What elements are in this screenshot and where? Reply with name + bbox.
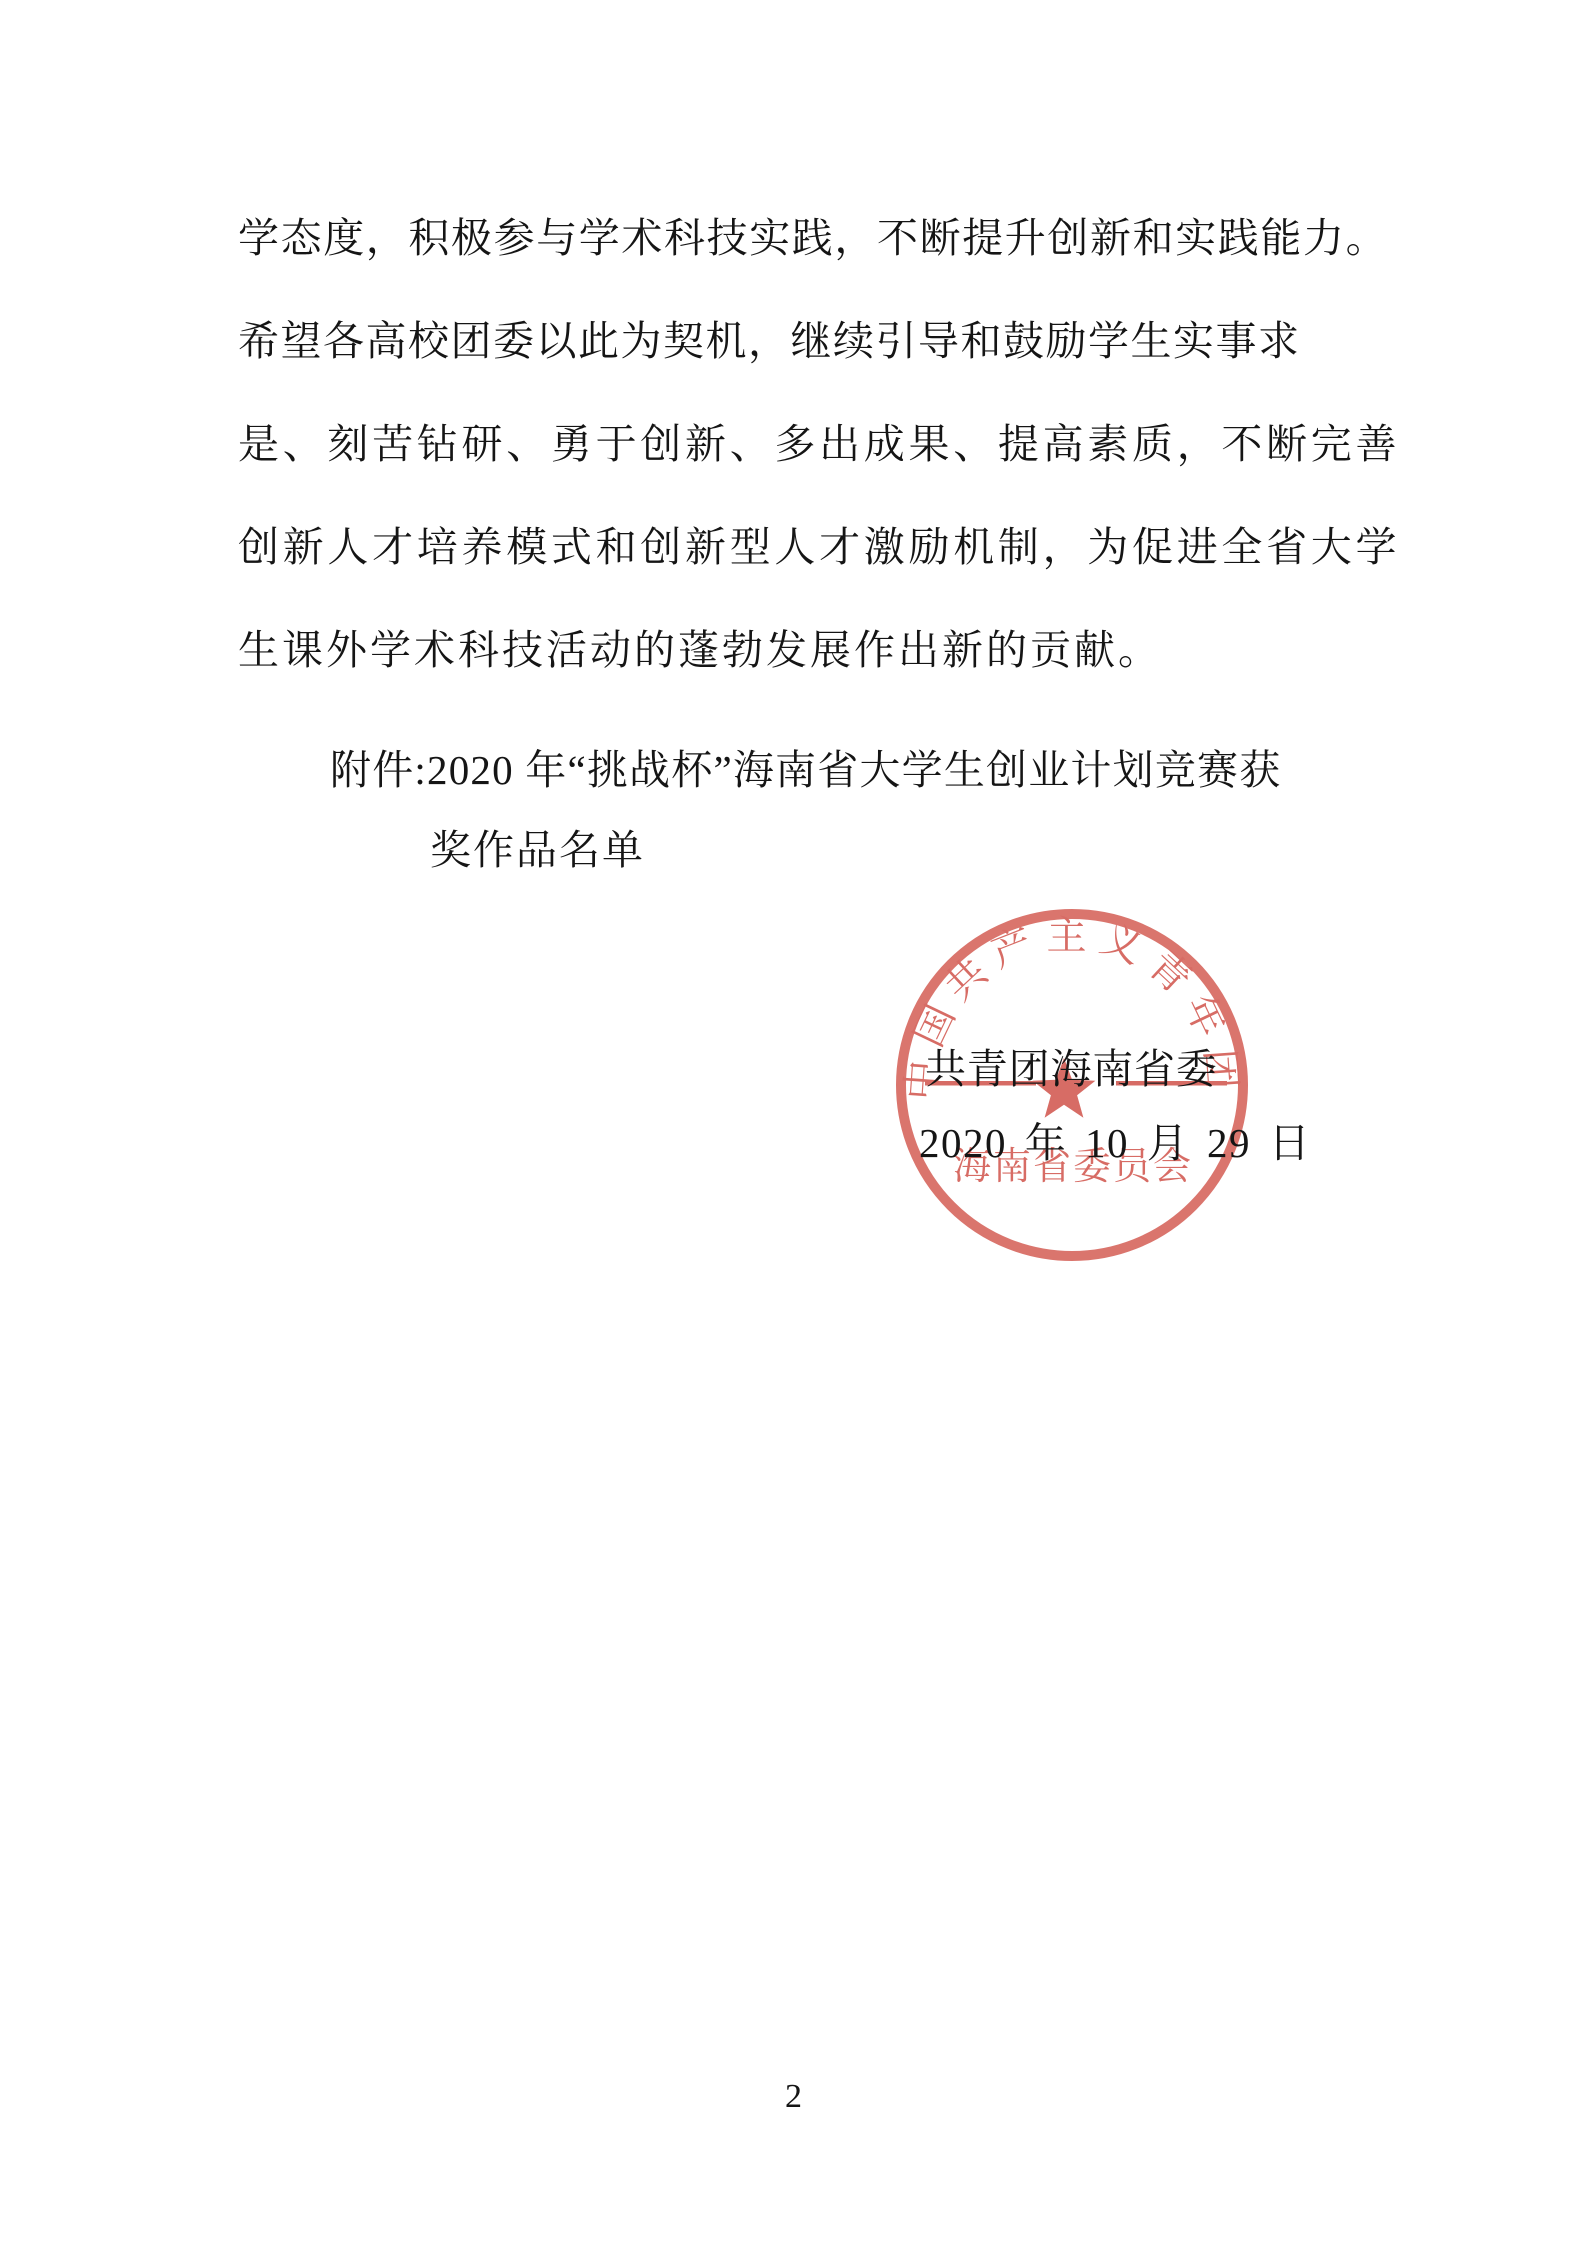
body-line: 创新人才培养模式和创新型人才激励机制，为促进全省大学 <box>238 496 1408 599</box>
signature-organization: 共青团海南省委 <box>925 1036 1218 1095</box>
body-line: 希望各高校团委以此为契机，继续引导和鼓励学生实事求 <box>238 290 1408 393</box>
body-line: 学态度，积极参与学术科技实践，不断提升创新和实践能力。 <box>238 187 1408 290</box>
body-paragraph: 学态度，积极参与学术科技实践，不断提升创新和实践能力。 希望各高校团委以此为契机… <box>238 187 1408 702</box>
attachment-note-line-2: 奖作品名单 <box>430 817 645 876</box>
page-number: 2 <box>0 2078 1587 2116</box>
signature-date: 2020 年 10 月 29 日 <box>919 1110 1311 1169</box>
attachment-note-line-1: 附件:2020 年“挑战杯”海南省大学生创业计划竞赛获 <box>330 737 1281 796</box>
body-line: 生课外学术科技活动的蓬勃发展作出新的贡献。 <box>238 599 1408 702</box>
document-page: 学态度，积极参与学术科技实践，不断提升创新和实践能力。 希望各高校团委以此为契机… <box>0 0 1587 2245</box>
body-line: 是、刻苦钻研、勇于创新、多出成果、提高素质，不断完善 <box>238 393 1408 496</box>
